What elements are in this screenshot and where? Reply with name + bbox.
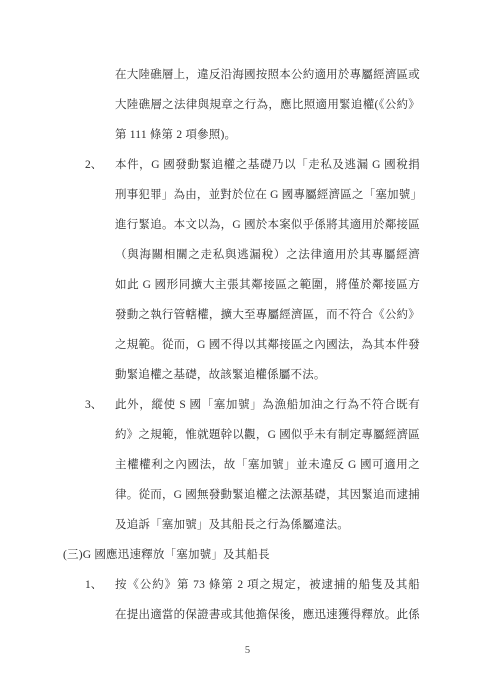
text-line: 及追訴「塞加號」及其船長之行為係屬違法。	[115, 510, 420, 540]
numbered-item: 2、本件，G 國發動緊追權之基礎乃以「走私及逃漏 G 國稅捐之刑事犯罪」為由，並…	[0, 150, 495, 390]
text-line: 刑事犯罪」為由，並對於位在 G 國專屬經濟區之「塞加號」	[115, 180, 420, 210]
document-content: 在大陸礁層上，違反沿海國按照本公約適用於專屬經濟區或大陸礁層之法律與規章之行為，…	[0, 60, 495, 630]
text-line: 律。從而，G 國無發動緊追權之法源基礎，其因緊追而逮捕	[115, 480, 420, 510]
text-line: （與海關相關之走私與逃漏稅）之法律適用於其專屬經濟區，	[115, 240, 420, 270]
text-line: 進行緊追。本文以為，G 國於本案似乎係將其適用於鄰接區	[115, 210, 420, 240]
text-line: 第 111 條第 2 項參照)。	[115, 120, 420, 150]
line-group: 按《公約》第 73 條第 2 項之規定，被逮捕的船隻及其船員，在提出適當的保證書…	[115, 570, 420, 630]
paragraph-continuation: 在大陸礁層上，違反沿海國按照本公約適用於專屬經濟區或大陸礁層之法律與規章之行為，…	[0, 60, 495, 150]
section-heading: (三)G 國應迅速釋放「塞加號」及其船長	[63, 540, 423, 570]
line-group: 本件，G 國發動緊追權之基礎乃以「走私及逃漏 G 國稅捐之刑事犯罪」為由，並對於…	[115, 150, 420, 390]
text-line: 按《公約》第 73 條第 2 項之規定，被逮捕的船隻及其船員，	[115, 570, 420, 600]
text-line: 本件，G 國發動緊追權之基礎乃以「走私及逃漏 G 國稅捐之	[115, 150, 420, 180]
text-line: 之規範。從而，G 國不得以其鄰接區之內國法，為其本件發	[115, 330, 420, 360]
text-line: 大陸礁層之法律與規章之行為，應比照適用緊追權(《公約》	[115, 90, 420, 120]
item-marker: 1、	[85, 570, 102, 600]
item-marker: 3、	[85, 390, 102, 420]
text-line: 約》之規範，惟就題幹以觀，G 國似乎未有制定專屬經濟區	[115, 420, 420, 450]
document-page: 在大陸礁層上，違反沿海國按照本公約適用於專屬經濟區或大陸礁層之法律與規章之行為，…	[0, 0, 495, 700]
line-group: 此外，縱使 S 國「塞加號」為漁船加油之行為不符合既有《公約》之規範，惟就題幹以…	[115, 390, 420, 540]
numbered-item: 3、此外，縱使 S 國「塞加號」為漁船加油之行為不符合既有《公約》之規範，惟就題…	[0, 390, 495, 540]
text-line: 在提出適當的保證書或其他擔保後，應迅速獲得釋放。此係	[115, 600, 420, 630]
numbered-item: 1、按《公約》第 73 條第 2 項之規定，被逮捕的船隻及其船員，在提出適當的保…	[0, 570, 495, 630]
text-line: 此外，縱使 S 國「塞加號」為漁船加油之行為不符合既有《公	[115, 390, 420, 420]
text-line: 如此 G 國形同擴大主張其鄰接區之範圍，將僅於鄰接區方得	[115, 270, 420, 300]
text-line: 在大陸礁層上，違反沿海國按照本公約適用於專屬經濟區或	[115, 60, 420, 90]
text-line: 發動之執行管轄權，擴大至專屬經濟區，而不符合《公約》	[115, 300, 420, 330]
text-line: 主權權利之內國法，故「塞加號」並未違反 G 國可適用之法	[115, 450, 420, 480]
item-marker: 2、	[85, 150, 102, 180]
text-line: 動緊追權之基礎，故該緊追權係屬不法。	[115, 360, 420, 390]
page-number: 5	[0, 643, 495, 659]
line-group: 在大陸礁層上，違反沿海國按照本公約適用於專屬經濟區或大陸礁層之法律與規章之行為，…	[115, 60, 420, 150]
